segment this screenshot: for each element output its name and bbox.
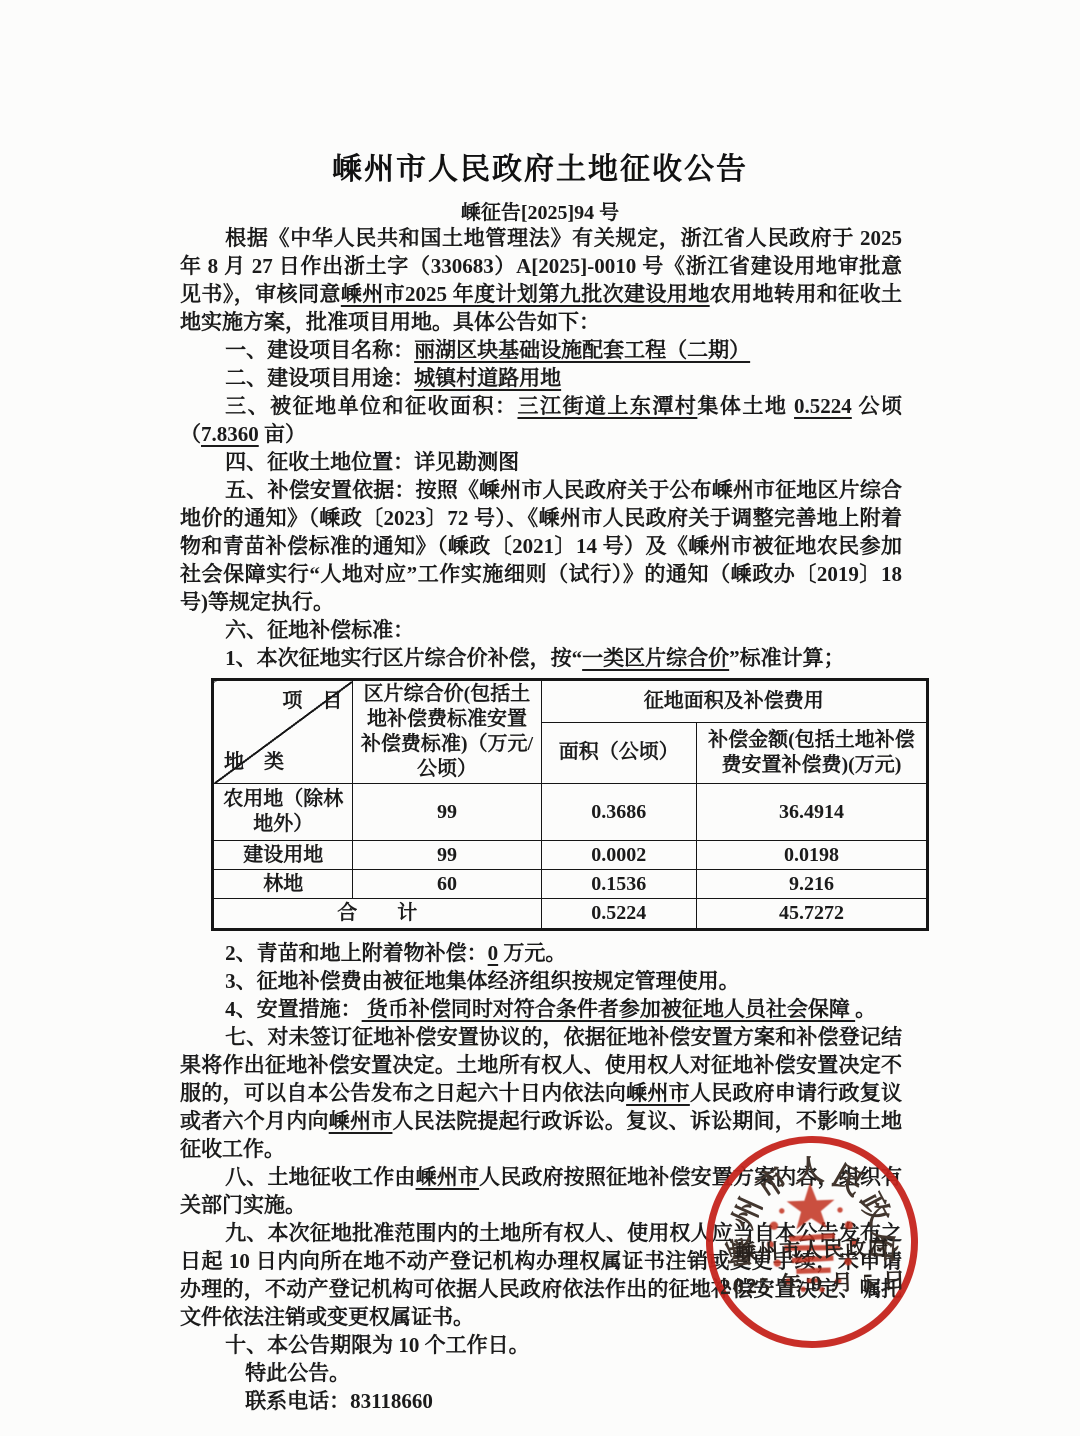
cell-area: 0.3686 — [541, 784, 696, 841]
compensation-table: 项 目 地 类 区片综合价(包括土地补偿费标准安置补偿费标准)（万元/公顷） 征… — [211, 678, 929, 931]
text-run: ”标准计算； — [729, 646, 845, 670]
cell-area: 0.1536 — [541, 870, 696, 899]
underlined-text: 货币补偿同时对符合条件者参加被征地人员社会保障 — [362, 997, 856, 1021]
list-item-4: 四、征收土地位置：详见勘测图 — [180, 448, 902, 476]
list-item-6-2: 2、青苗和地上附着物补偿：0 万元。 — [180, 939, 902, 967]
item-label: 三、被征地单位和征收面积： — [225, 394, 517, 418]
table-row: 林地 60 0.1536 9.216 — [213, 870, 928, 899]
list-item-6-3: 3、征地补偿费由被征地集体经济组织按规定管理使用。 — [180, 967, 902, 995]
underlined-text: 丽湖区块基础设施配套工程（二期） — [414, 338, 750, 362]
list-item-5: 五、补偿安置依据：按照《嵊州市人民政府关于公布嵊州市征地区片综合地价的通知》（嵊… — [180, 476, 902, 616]
list-item-2: 二、建设项目用途：城镇村道路用地 — [180, 364, 902, 392]
list-item-3: 三、被征地单位和征收面积：三江街道上东潭村集体土地 0.5224 公顷（7.83… — [180, 392, 902, 448]
cell-landtype: 建设用地 — [213, 841, 353, 870]
underlined-text: 嵊州市 — [626, 1081, 690, 1105]
cell-price: 99 — [353, 841, 541, 870]
column-header-area: 面积（公顷） — [541, 722, 696, 783]
text-run: 集体土地 — [697, 394, 794, 418]
cell-total-area: 0.5224 — [541, 899, 696, 930]
cell-landtype: 农用地（除林地外） — [213, 784, 353, 841]
corner-label-project: 项 目 — [282, 689, 342, 714]
text-run: 八、土地征收工作由 — [225, 1165, 415, 1189]
paragraph-intro: 根据《中华人民共和国土地管理法》有关规定，浙江省人民政府于 2025 年 8 月… — [180, 224, 902, 336]
table-header-row: 项 目 地 类 区片综合价(包括土地补偿费标准安置补偿费标准)（万元/公顷） 征… — [213, 680, 928, 723]
text-run: 2、青苗和地上附着物补偿： — [225, 941, 488, 965]
cell-landtype: 林地 — [213, 870, 353, 899]
underlined-text: 7.8360 — [201, 422, 259, 446]
cell-price: 60 — [353, 870, 541, 899]
cell-amount: 36.4914 — [696, 784, 927, 841]
column-group-header: 征地面积及补偿费用 — [541, 680, 927, 723]
official-seal: 嵊 州 市 人 民 政 府 嵊州市人民政府 2025 年 9 月 5 日 — [702, 1132, 921, 1351]
underlined-text: 0.5224 — [794, 394, 852, 418]
list-item-1: 一、建设项目名称：丽湖区块基础设施配套工程（二期） — [180, 336, 902, 364]
underlined-text: 嵊州市 — [416, 1165, 479, 1189]
cell-amount: 0.0198 — [696, 841, 927, 870]
table-row: 建设用地 99 0.0002 0.0198 — [213, 841, 928, 870]
list-item-6: 六、征地补偿标准： — [180, 616, 902, 644]
cell-total-label: 合 计 — [213, 899, 542, 930]
text-run: 4、安置措施： — [225, 997, 362, 1021]
cell-amount: 9.216 — [696, 870, 927, 899]
column-header-amount: 补偿金额(包括土地补偿费安置补偿费)(万元) — [696, 722, 927, 783]
cell-total-amount: 45.7272 — [696, 899, 927, 930]
closing-line: 特此公告。 — [180, 1359, 902, 1387]
table-corner-cell: 项 目 地 类 — [213, 680, 353, 784]
underlined-text: 一类区片综合价 — [582, 646, 729, 670]
text-run: 亩） — [259, 422, 306, 446]
table-row: 农用地（除林地外） 99 0.3686 36.4914 — [213, 784, 928, 841]
underlined-text: 0 — [488, 941, 499, 965]
cell-price: 99 — [353, 784, 541, 841]
corner-label-landtype: 地 类 — [224, 750, 284, 775]
text-run: 万元。 — [498, 941, 566, 965]
item-label: 一、建设项目名称： — [225, 338, 414, 362]
table-total-row: 合 计 0.5224 45.7272 — [213, 899, 928, 930]
document-number: 嵊征告[2025]94 号 — [0, 196, 1080, 225]
page-title: 嵊州市人民政府土地征收公告 — [0, 144, 1080, 188]
list-item-6-4: 4、安置措施： 货币补偿同时对符合条件者参加被征地人员社会保障 。 — [180, 995, 902, 1023]
underlined-text: 嵊州市2025 年度计划第九批次建设用地 — [341, 282, 710, 306]
column-header-price: 区片综合价(包括土地补偿费标准安置补偿费标准)（万元/公顷） — [353, 680, 541, 784]
seal-arc-char: 人 — [791, 1149, 828, 1186]
underlined-text: 三江街道上东潭村 — [517, 394, 697, 418]
underlined-text: 嵊州市 — [329, 1109, 393, 1133]
contact-phone: 联系电话：83118660 — [180, 1387, 902, 1415]
underlined-text: 城镇村道路用地 — [414, 366, 561, 390]
list-item-6-1: 1、本次征地实行区片综合价补偿，按“一类区片综合价”标准计算； — [180, 644, 902, 672]
announcement-page: 嵊州市人民政府土地征收公告 嵊征告[2025]94 号 根据《中华人民共和国土地… — [0, 0, 1080, 1436]
cell-area: 0.0002 — [541, 841, 696, 870]
text-run: 。 — [855, 997, 876, 1021]
text-run: 1、本次征地实行区片综合价补偿，按“ — [225, 646, 582, 670]
item-label: 二、建设项目用途： — [225, 366, 414, 390]
